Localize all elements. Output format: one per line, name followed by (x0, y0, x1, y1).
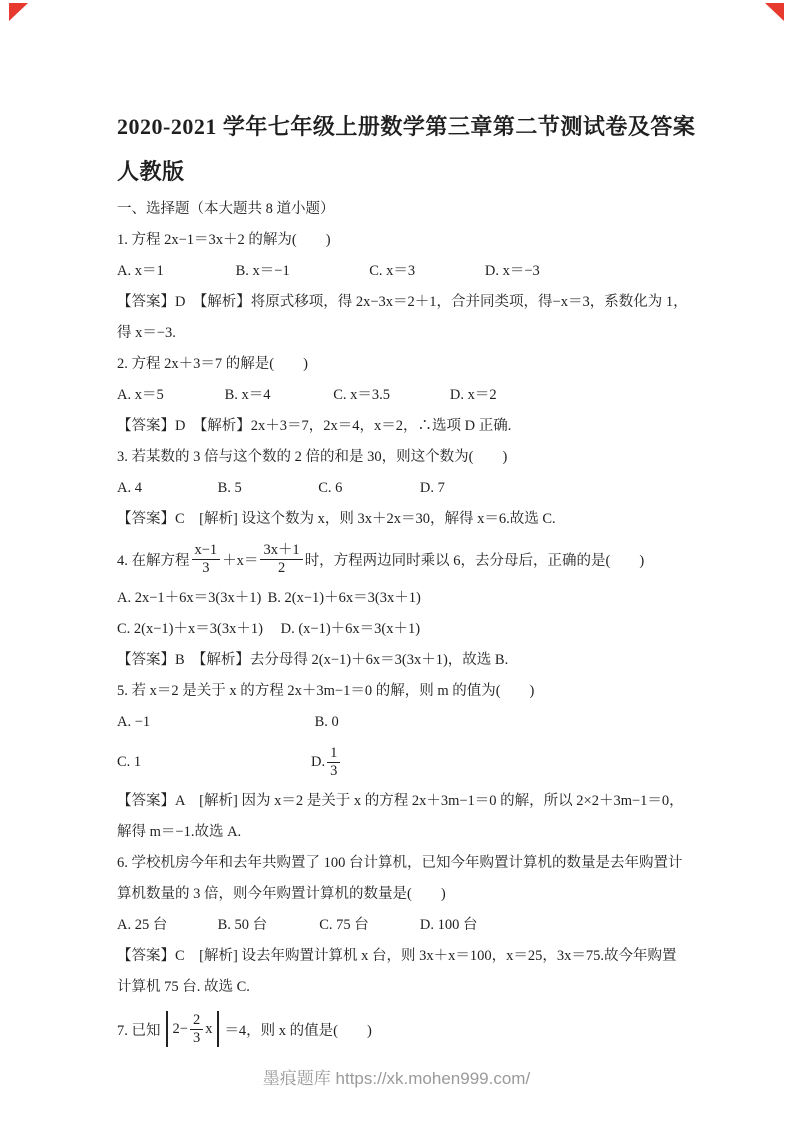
question-stem: 4. 在解方程 x−1 3 ＋x＝ 3x＋1 2 时，方程两边同时乘以 6，去分… (117, 535, 683, 583)
options-row: A. x＝1 B. x＝−1 C. x＝3 D. x＝−3 (117, 256, 683, 287)
option-c: C. 2(x−1)＋x＝3(3x＋1) (117, 614, 277, 645)
stem-text: x (205, 1021, 212, 1038)
fraction-denominator: 3 (327, 763, 340, 780)
answer-line: 【答案】D 【解析】2x＋3＝7，2x＝4，x＝2，∴选项 D 正确. (117, 411, 683, 442)
corner-triangle-icon (765, 3, 784, 21)
answer-line: 【答案】B 【解析】去分母得 2(x−1)＋6x＝3(3x＋1)，故选 B. (117, 645, 683, 676)
options-row: C. 1 D. 1 3 (117, 738, 683, 786)
question-4: 4. 在解方程 x−1 3 ＋x＝ 3x＋1 2 时，方程两边同时乘以 6，去分… (117, 535, 683, 676)
answer-line: 【答案】D 【解析】将原式移项，得 2x−3x＝2＋1，合并同类项，得−x＝3，… (117, 287, 683, 318)
option-a: A. 4 (117, 473, 214, 504)
options-row: A. 25 台 B. 50 台 C. 75 台 D. 100 台 (117, 910, 683, 941)
fraction: 1 3 (327, 745, 340, 779)
question-stem: 算机数量的 3 倍，则今年购置计算机的数量是( ) (117, 879, 683, 910)
page-title: 2020-2021 学年七年级上册数学第三章第二节测试卷及答案 (117, 104, 683, 149)
answer-line: 【答案】C [解析] 设这个数为 x，则 3x＋2x＝30，解得 x＝6.故选 … (117, 504, 683, 535)
option-b: B. x＝−1 (236, 256, 366, 287)
stem-text: 时，方程两边同时乘以 6，去分母后，正确的是( ) (305, 549, 645, 570)
fraction-numerator: x−1 (192, 542, 221, 560)
option-a: A. x＝5 (117, 380, 221, 411)
question-stem: 5. 若 x＝2 是关于 x 的方程 2x＋3m−1＝0 的解，则 m 的值为(… (117, 676, 683, 707)
document-body: 2020-2021 学年七年级上册数学第三章第二节测试卷及答案 人教版 一、选择… (117, 104, 683, 1055)
absolute-value-bar (166, 1011, 168, 1047)
stem-text: 4. 在解方程 (117, 549, 190, 570)
option-b: B. 2(x−1)＋6x＝3(3x＋1) (268, 583, 421, 614)
answer-line: 【答案】C [解析] 设去年购置计算机 x 台，则 3x＋x＝100，x＝25，… (117, 941, 683, 972)
answer-line: 【答案】A [解析] 因为 x＝2 是关于 x 的方程 2x＋3m−1＝0 的解… (117, 786, 683, 817)
option-d: D. x＝−3 (485, 256, 540, 287)
options-row: A. 2x−1＋6x＝3(3x＋1) B. 2(x−1)＋6x＝3(3x＋1) (117, 583, 683, 614)
question-5: 5. 若 x＝2 是关于 x 的方程 2x＋3m−1＝0 的解，则 m 的值为(… (117, 676, 683, 848)
option-c: C. 75 台 (319, 910, 416, 941)
options-row: A. −1 B. 0 (117, 707, 683, 738)
question-6: 6. 学校机房今年和去年共购置了 100 台计算机，已知今年购置计算机的数量是去… (117, 848, 683, 1003)
option-c: C. 6 (318, 473, 416, 504)
stem-text: ＝4，则 x 的值是( ) (224, 1019, 371, 1040)
fraction: 2 3 (190, 1012, 203, 1046)
option-a: A. −1 (117, 707, 311, 738)
option-d: D. (311, 754, 325, 771)
question-stem: 6. 学校机房今年和去年共购置了 100 台计算机，已知今年购置计算机的数量是去… (117, 848, 683, 879)
option-b: B. 50 台 (218, 910, 316, 941)
question-1: 1. 方程 2x−1＝3x＋2 的解为( ) A. x＝1 B. x＝−1 C.… (117, 225, 683, 349)
answer-line: 解得 m＝−1.故选 A. (117, 817, 683, 848)
option-a: A. 25 台 (117, 910, 214, 941)
option-d: D. x＝2 (450, 380, 497, 411)
question-2: 2. 方程 2x＋3＝7 的解是( ) A. x＝5 B. x＝4 C. x＝3… (117, 349, 683, 442)
question-stem: 7. 已知 2− 2 3 x ＝4，则 x 的值是( ) (117, 1003, 683, 1055)
fraction-numerator: 3x＋1 (260, 542, 302, 560)
question-stem: 1. 方程 2x−1＝3x＋2 的解为( ) (117, 225, 683, 256)
fraction: x−1 3 (192, 542, 221, 576)
option-c: C. 1 (117, 754, 311, 771)
question-7: 7. 已知 2− 2 3 x ＝4，则 x 的值是( ) (117, 1003, 683, 1055)
option-b: B. 0 (315, 707, 339, 738)
option-c: C. x＝3 (369, 256, 481, 287)
fraction-numerator: 1 (327, 745, 340, 763)
option-d: D. 7 (420, 473, 445, 504)
answer-line: 计算机 75 台. 故选 C. (117, 972, 683, 1003)
answer-line: 得 x＝−3. (117, 318, 683, 349)
stem-text: 2− (173, 1021, 188, 1038)
fraction: 3x＋1 2 (260, 542, 302, 576)
option-d: D. (x−1)＋6x＝3(x＋1) (281, 614, 420, 645)
fraction-numerator: 2 (190, 1012, 203, 1030)
stem-text: ＋x＝ (222, 549, 258, 570)
option-a: A. 2x−1＋6x＝3(3x＋1) (117, 583, 264, 614)
option-c: C. x＝3.5 (333, 380, 446, 411)
options-row: C. 2(x−1)＋x＝3(3x＋1) D. (x−1)＋6x＝3(x＋1) (117, 614, 683, 645)
option-a: A. x＝1 (117, 256, 232, 287)
options-row: A. 4 B. 5 C. 6 D. 7 (117, 473, 683, 504)
footer-watermark: 墨痕题库 https://xk.mohen999.com/ (0, 1064, 793, 1089)
option-b: B. x＝4 (225, 380, 330, 411)
section-heading: 一、选择题（本大题共 8 道小题） (117, 194, 683, 225)
question-stem: 3. 若某数的 3 倍与这个数的 2 倍的和是 30，则这个数为( ) (117, 442, 683, 473)
absolute-value-bar (217, 1011, 219, 1047)
fraction-denominator: 2 (275, 560, 288, 577)
option-b: B. 5 (218, 473, 315, 504)
fraction-denominator: 3 (199, 560, 212, 577)
page-title-line2: 人教版 (117, 149, 683, 194)
corner-triangle-icon (9, 3, 28, 21)
options-row: A. x＝5 B. x＝4 C. x＝3.5 D. x＝2 (117, 380, 683, 411)
document-page: { "colors": { "corner_red": "#e8392f", "… (0, 0, 793, 1122)
question-3: 3. 若某数的 3 倍与这个数的 2 倍的和是 30，则这个数为( ) A. 4… (117, 442, 683, 535)
option-d: D. 100 台 (420, 910, 478, 941)
fraction-denominator: 3 (190, 1030, 203, 1047)
stem-text: 7. 已知 (117, 1019, 161, 1040)
question-stem: 2. 方程 2x＋3＝7 的解是( ) (117, 349, 683, 380)
